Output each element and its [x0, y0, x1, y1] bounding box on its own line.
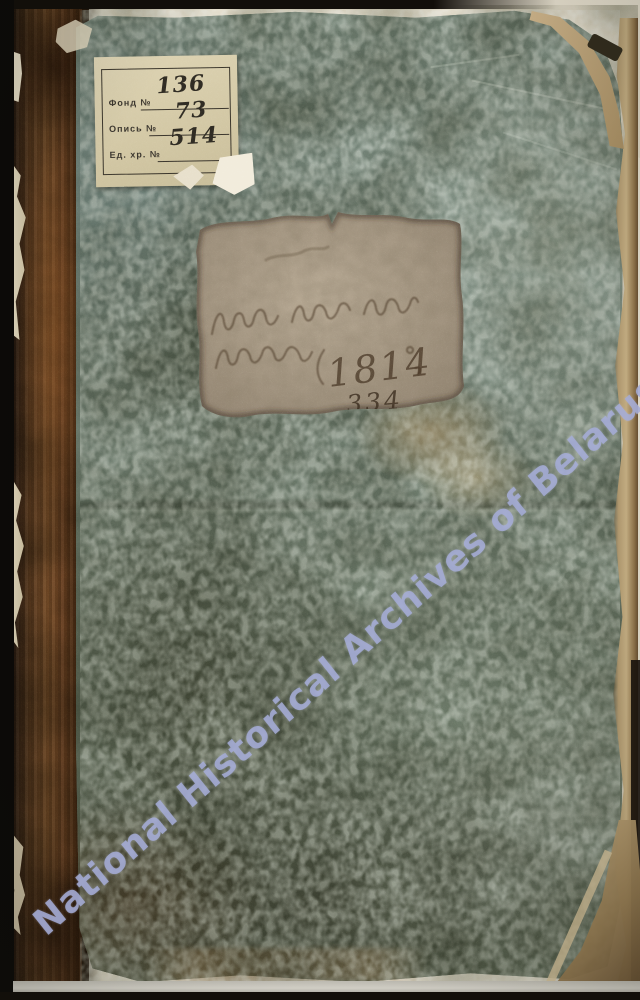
ed-hr-value: 514 — [168, 122, 219, 151]
fond-label: Фонд № — [109, 97, 152, 108]
bottom-edge-black-strip — [0, 992, 640, 1000]
cover-horizontal-crease — [80, 498, 620, 514]
old-item-number: 334 — [345, 385, 404, 419]
top-edge-shadow — [0, 0, 556, 9]
cover-bottom-wear — [140, 948, 430, 982]
archival-label: Фонд № 136 Опись № 73 Ед. хр. № 514 — [94, 55, 239, 187]
opis-label: Опись № — [109, 123, 157, 134]
ed-hr-label: Ед. хр. № — [109, 149, 160, 160]
scanned-cover-photo: Фонд № 136 Опись № 73 Ед. хр. № 514 — [0, 0, 640, 1000]
title-label: 1814 334 — [188, 200, 474, 438]
opis-value: 73 — [174, 96, 208, 124]
left-edge-black-strip — [0, 0, 14, 1000]
fond-value: 136 — [156, 70, 207, 99]
